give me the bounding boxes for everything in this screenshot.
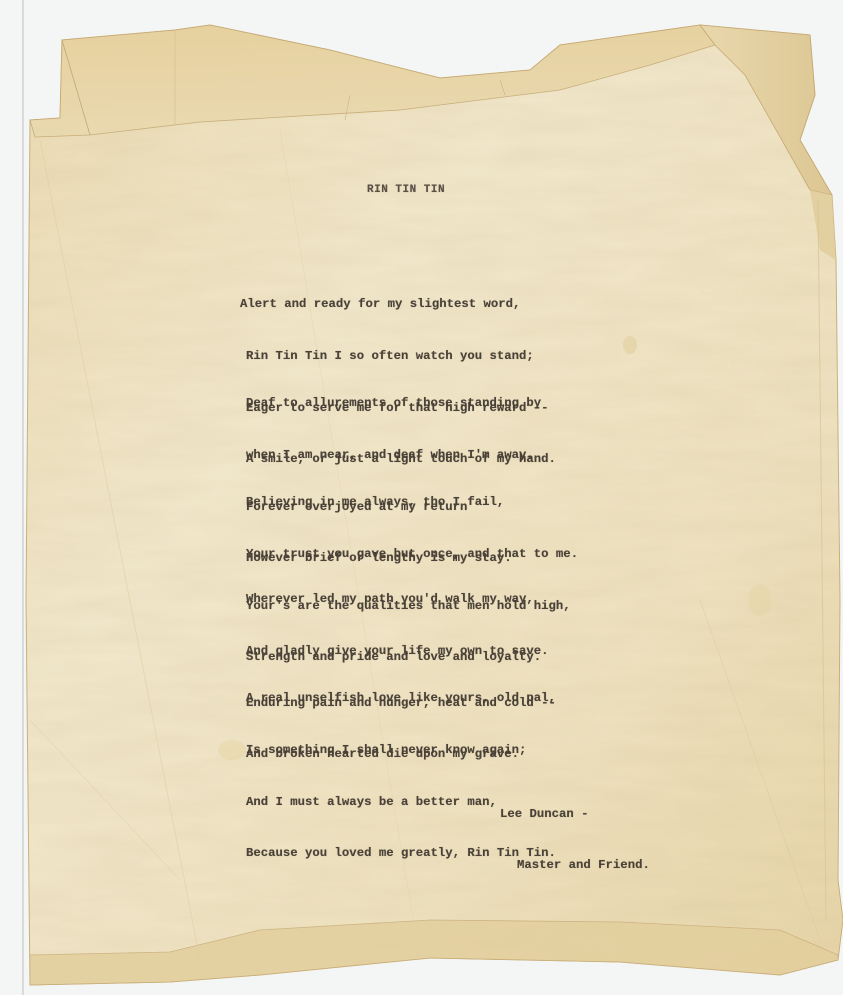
poem-line: Is something I shall never know again; [240,742,556,759]
scanned-document: RIN TIN TIN Alert and ready for my sligh… [0,0,843,995]
poem-line: Wherever led my path you'd walk my way, [240,591,556,608]
signature-block: Lee Duncan - Master and Friend. [500,772,650,908]
typed-poem: RIN TIN TIN Alert and ready for my sligh… [0,0,843,995]
poem-line: Alert and ready for my slightest word, [240,296,556,313]
poem-line: A real unselfish love like yours, old pa… [240,690,556,707]
poem-title: RIN TIN TIN [367,184,445,196]
poem-line: Deaf to allurements of those standing by [240,395,541,412]
signature-role: Master and Friend. [500,857,650,874]
signature-name: Lee Duncan - [500,806,650,823]
poem-line: Believing in me always, tho I fail, [240,494,578,511]
